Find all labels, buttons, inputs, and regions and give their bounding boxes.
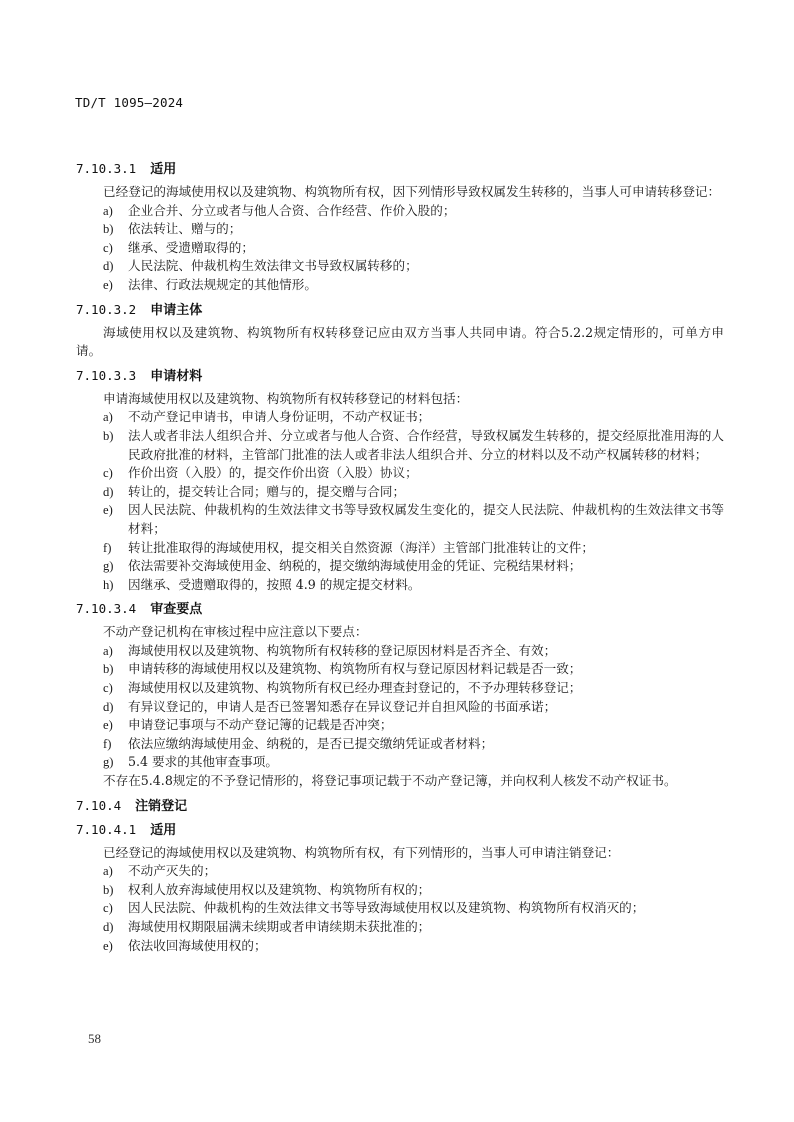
list-item-text: 法人或者非法人组织合并、分立或者与他人合资、合作经营，导致权属发生转移的，提交经… <box>128 428 724 462</box>
item-list: a)海域使用权以及建筑物、构筑物所有权转移的登记原因材料是否齐全、有效； b)申… <box>76 642 724 772</box>
list-item: c)继承、受遗赠取得的； <box>76 239 724 258</box>
section-7-10-3-4: 7.10.3.4审查要点 不动产登记机构在审核过程中应注意以下要点： a)海域使… <box>76 600 724 790</box>
section-title: 审查要点 <box>150 601 202 616</box>
section-intro: 已经登记的海域使用权以及建筑物、构筑物所有权，有下列情形的，当事人可申请注销登记… <box>76 844 724 863</box>
section-number: 7.10.3.4 <box>76 601 136 616</box>
list-item-text: 作价出资（入股）的，提交作价出资（入股）协议； <box>128 465 418 480</box>
list-marker: a) <box>103 408 113 427</box>
list-item-text: 申请登记事项与不动产登记簿的记载是否冲突； <box>128 717 392 732</box>
item-list: a)不动产登记申请书，申请人身份证明，不动产权证书； b)法人或者非法人组织合并… <box>76 408 724 594</box>
list-item: a)不动产登记申请书，申请人身份证明，不动产权证书； <box>76 408 724 427</box>
section-heading: 7.10.4.1适用 <box>76 821 724 839</box>
section-heading: 7.10.3.1适用 <box>76 160 724 178</box>
section-title: 申请材料 <box>150 368 202 383</box>
list-item: c)因人民法院、仲裁机构的生效法律文书等导致海域使用权以及建筑物、构筑物所有权消… <box>76 899 724 918</box>
list-item: e)申请登记事项与不动产登记簿的记载是否冲突； <box>76 716 724 735</box>
section-heading: 7.10.3.4审查要点 <box>76 600 724 618</box>
list-marker: d) <box>103 257 114 276</box>
list-marker: e) <box>103 501 113 520</box>
list-item: f)依法应缴纳海域使用金、纳税的，是否已提交缴纳凭证或者材料； <box>76 735 724 754</box>
list-item: g)5.4 要求的其他审查事项。 <box>76 753 724 772</box>
list-item-text: 因人民法院、仲裁机构的生效法律文书等导致海域使用权以及建筑物、构筑物所有权消灭的… <box>128 900 644 915</box>
list-item-text: 因继承、受遗赠取得的，按照 4.9 的规定提交材料。 <box>128 577 421 592</box>
list-item: b)法人或者非法人组织合并、分立或者与他人合资、合作经营，导致权属发生转移的，提… <box>76 427 724 464</box>
section-title: 适用 <box>150 161 176 176</box>
list-marker: d) <box>103 698 114 717</box>
list-item: d)海域使用权期限届满未续期或者申请续期未获批准的； <box>76 918 724 937</box>
section-title: 申请主体 <box>150 302 202 317</box>
list-item: e)依法收回海域使用权的； <box>76 937 724 956</box>
list-item-text: 不动产灭失的； <box>128 863 216 878</box>
list-item: d)转让的，提交转让合同；赠与的，提交赠与合同； <box>76 483 724 502</box>
list-marker: b) <box>103 881 114 900</box>
item-list: a)不动产灭失的； b)权利人放弃海域使用权以及建筑物、构筑物所有权的； c)因… <box>76 862 724 955</box>
list-marker: e) <box>103 716 113 735</box>
list-item: e)因人民法院、仲裁机构的生效法律文书等导致权属发生变化的，提交人民法院、仲裁机… <box>76 501 724 538</box>
section-7-10-3-3: 7.10.3.3申请材料 申请海域使用权以及建筑物、构筑物所有权转移登记的材料包… <box>76 367 724 595</box>
section-intro: 申请海域使用权以及建筑物、构筑物所有权转移登记的材料包括： <box>76 390 724 409</box>
list-item: b)权利人放弃海域使用权以及建筑物、构筑物所有权的； <box>76 881 724 900</box>
list-marker: f) <box>103 539 111 558</box>
list-marker: h) <box>103 576 114 595</box>
section-number: 7.10.3.3 <box>76 368 136 383</box>
list-item-text: 企业合并、分立或者与他人合资、合作经营、作价入股的； <box>128 203 455 218</box>
list-marker: b) <box>103 660 114 679</box>
list-item: d)有异议登记的，申请人是否已签署知悉存在异议登记并自担风险的书面承诺； <box>76 698 724 717</box>
list-item-text: 转让的，提交转让合同；赠与的，提交赠与合同； <box>128 484 405 499</box>
list-item-text: 有异议登记的，申请人是否已签署知悉存在异议登记并自担风险的书面承诺； <box>128 699 556 714</box>
document-header-code: TD/T 1095—2024 <box>75 95 183 110</box>
list-item: c)海域使用权以及建筑物、构筑物所有权已经办理查封登记的，不予办理转移登记； <box>76 679 724 698</box>
list-marker: e) <box>103 276 113 295</box>
list-marker: c) <box>103 239 113 258</box>
section-intro: 不动产登记机构在审核过程中应注意以下要点： <box>76 623 724 642</box>
page-number: 58 <box>88 1031 101 1047</box>
list-item: d)人民法院、仲裁机构生效法律文书导致权属转移的； <box>76 257 724 276</box>
section-number: 7.10.3.1 <box>76 161 136 176</box>
list-item: e)法律、行政法规规定的其他情形。 <box>76 276 724 295</box>
section-7-10-3-1: 7.10.3.1适用 已经登记的海域使用权以及建筑物、构筑物所有权，因下列情形导… <box>76 160 724 295</box>
section-conclusion: 不存在5.4.8规定的不予登记情形的，将登记事项记载于不动产登记簿，并向权利人核… <box>76 772 724 791</box>
section-7-10-4: 7.10.4注销登记 <box>76 797 724 815</box>
list-marker: a) <box>103 642 113 661</box>
list-marker: c) <box>103 679 113 698</box>
list-item: a)企业合并、分立或者与他人合资、合作经营、作价入股的； <box>76 202 724 221</box>
list-marker: c) <box>103 899 113 918</box>
document-body: 7.10.3.1适用 已经登记的海域使用权以及建筑物、构筑物所有权，因下列情形导… <box>76 160 724 955</box>
section-number: 7.10.4.1 <box>76 822 136 837</box>
list-item: a)海域使用权以及建筑物、构筑物所有权转移的登记原因材料是否齐全、有效； <box>76 642 724 661</box>
section-heading: 7.10.3.2申请主体 <box>76 301 724 319</box>
list-item: g)依法需要补交海域使用金、纳税的，提交缴纳海域使用金的凭证、完税结果材料； <box>76 557 724 576</box>
list-marker: d) <box>103 483 114 502</box>
list-item: h)因继承、受遗赠取得的，按照 4.9 的规定提交材料。 <box>76 576 724 595</box>
list-marker: b) <box>103 427 114 446</box>
list-item-text: 依法收回海域使用权的； <box>128 938 267 953</box>
section-number: 7.10.4 <box>76 798 121 813</box>
list-marker: a) <box>103 862 113 881</box>
section-heading: 7.10.3.3申请材料 <box>76 367 724 385</box>
section-intro: 海域使用权以及建筑物、构筑物所有权转移登记应由双方当事人共同申请。符合5.2.2… <box>76 324 724 361</box>
list-item-text: 法律、行政法规规定的其他情形。 <box>128 277 317 292</box>
list-item-text: 依法转让、赠与的； <box>128 221 241 236</box>
list-item-text: 5.4 要求的其他审查事项。 <box>128 754 278 769</box>
list-item-text: 海域使用权以及建筑物、构筑物所有权已经办理查封登记的，不予办理转移登记； <box>128 680 581 695</box>
list-item-text: 转让批准取得的海域使用权，提交相关自然资源（海洋）主管部门批准转让的文件； <box>128 540 594 555</box>
list-item-text: 海域使用权期限届满未续期或者申请续期未获批准的； <box>128 919 430 934</box>
list-item: b)依法转让、赠与的； <box>76 220 724 239</box>
list-item-text: 依法需要补交海域使用金、纳税的，提交缴纳海域使用金的凭证、完税结果材料； <box>128 558 581 573</box>
list-marker: d) <box>103 918 114 937</box>
list-marker: g) <box>103 557 114 576</box>
list-marker: b) <box>103 220 114 239</box>
list-item-text: 继承、受遗赠取得的； <box>128 240 254 255</box>
section-intro: 已经登记的海域使用权以及建筑物、构筑物所有权，因下列情形导致权属发生转移的，当事… <box>76 183 724 202</box>
list-item-text: 人民法院、仲裁机构生效法律文书导致权属转移的； <box>128 258 418 273</box>
list-item-text: 因人民法院、仲裁机构的生效法律文书等导致权属发生变化的，提交人民法院、仲裁机构的… <box>128 502 724 536</box>
section-7-10-3-2: 7.10.3.2申请主体 海域使用权以及建筑物、构筑物所有权转移登记应由双方当事… <box>76 301 724 361</box>
list-marker: a) <box>103 202 113 221</box>
section-title: 适用 <box>150 822 176 837</box>
section-number: 7.10.3.2 <box>76 302 136 317</box>
list-marker: c) <box>103 464 113 483</box>
list-marker: f) <box>103 735 111 754</box>
list-item: c)作价出资（入股）的，提交作价出资（入股）协议； <box>76 464 724 483</box>
section-heading: 7.10.4注销登记 <box>76 797 724 815</box>
section-7-10-4-1: 7.10.4.1适用 已经登记的海域使用权以及建筑物、构筑物所有权，有下列情形的… <box>76 821 724 956</box>
list-item-text: 权利人放弃海域使用权以及建筑物、构筑物所有权的； <box>128 882 430 897</box>
section-title: 注销登记 <box>135 798 187 813</box>
list-item: a)不动产灭失的； <box>76 862 724 881</box>
list-marker: e) <box>103 937 113 956</box>
item-list: a)企业合并、分立或者与他人合资、合作经营、作价入股的； b)依法转让、赠与的；… <box>76 202 724 295</box>
list-item-text: 申请转移的海域使用权以及建筑物、构筑物所有权与登记原因材料记载是否一致； <box>128 661 581 676</box>
list-marker: g) <box>103 753 114 772</box>
list-item-text: 不动产登记申请书，申请人身份证明，不动产权证书； <box>128 409 430 424</box>
list-item: b)申请转移的海域使用权以及建筑物、构筑物所有权与登记原因材料记载是否一致； <box>76 660 724 679</box>
list-item: f)转让批准取得的海域使用权，提交相关自然资源（海洋）主管部门批准转让的文件； <box>76 539 724 558</box>
list-item-text: 海域使用权以及建筑物、构筑物所有权转移的登记原因材料是否齐全、有效； <box>128 643 556 658</box>
list-item-text: 依法应缴纳海域使用金、纳税的，是否已提交缴纳凭证或者材料； <box>128 736 493 751</box>
